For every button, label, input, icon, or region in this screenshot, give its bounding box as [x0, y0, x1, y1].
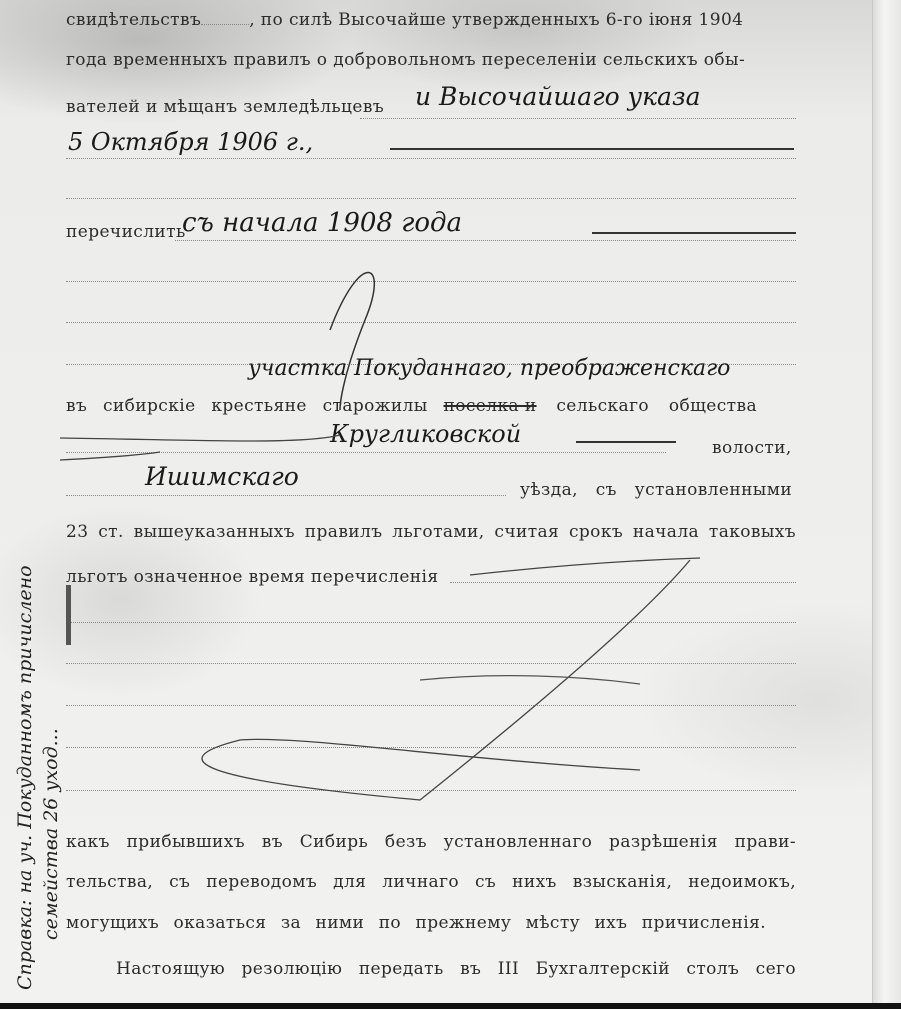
ink-crossout-stroke: [202, 560, 690, 800]
text-line-mogushchikh: могущихъ оказаться за ними по прежнему м…: [66, 911, 766, 935]
handwritten-uchastok: участка Покуданнаго, преображенскаго: [248, 356, 730, 381]
text-volosti: волости,: [712, 436, 802, 460]
text-line-lgot: льготъ означенное время перечисленія: [66, 565, 796, 589]
text-line-2: года временныхъ правилъ о добровольномъ …: [66, 48, 796, 72]
text-line-sibirskie: въ сибирскіе крестьяне старожилы поселка…: [66, 394, 796, 418]
text-line-kak: какъ прибывшихъ въ Сибирь безъ установле…: [66, 830, 796, 854]
fill-line: [66, 495, 506, 496]
fill-line: [450, 582, 796, 583]
fill-line: [66, 705, 796, 706]
scanned-document-page: свидѣтельствъ, по силѣ Высочайше утвержд…: [0, 0, 901, 1009]
fill-line: [66, 158, 796, 159]
text-line-telstva: тельства, съ переводомъ для личнаго съ н…: [66, 870, 796, 894]
text-lgot: льготъ означенное время перечисленія: [66, 567, 439, 587]
margin-note-1: Справка: на уч. Покуданномъ причислено: [14, 565, 36, 990]
text-line-1: свидѣтельствъ, по силѣ Высочайше утвержд…: [66, 8, 796, 32]
fill-line: [66, 663, 796, 664]
ink-dash: [592, 232, 796, 234]
text-line-23: 23 ст. вышеуказанныхъ правилъ льготами, …: [66, 520, 796, 544]
handwritten-date: 5 Октября 1906 г.,: [68, 128, 313, 156]
scan-bottom-edge: [0, 1003, 901, 1009]
fill-line: [66, 281, 796, 282]
fill-line: [66, 322, 796, 323]
text-perechislit: перечислить: [66, 222, 186, 242]
ink-dash: [390, 148, 794, 150]
text-line-nastoyashchuyu: Настоящую резолюцію передать въ III Бухг…: [116, 957, 796, 981]
fill-line: [66, 747, 796, 748]
fill-line: [175, 240, 796, 241]
text-svidetelstv: свидѣтельствъ: [66, 10, 201, 30]
page-edge-fold: [872, 0, 901, 1009]
margin-note-2: семейства 26 уход...: [40, 728, 62, 940]
fill-line: [360, 118, 796, 119]
fill-line: [66, 452, 666, 453]
text-uezda: уѣзда, съ установленными: [520, 478, 800, 502]
fill-line: [66, 198, 796, 199]
text-selskago-obshchestva: сельскаго общества: [556, 396, 757, 416]
ink-dash: [576, 441, 676, 443]
handwritten-uezd: Ишимскаго: [145, 462, 299, 491]
handwritten-volost: Кругликовской: [330, 420, 521, 448]
text-sibirskie-krestyane: въ сибирскіе крестьяне старожилы: [66, 396, 428, 416]
struck-poselka: поселка и: [444, 396, 537, 416]
handwritten-from-year: съ начала 1908 года: [182, 208, 462, 238]
text-po-sile: , по силѣ Высочайше утвержденныхъ 6-го і…: [249, 10, 743, 30]
ink-loop-stroke: [330, 273, 374, 411]
fill-line: [66, 790, 796, 791]
handwritten-ukaz: и Высочайшаго указа: [415, 82, 701, 111]
fill-line: [66, 622, 796, 623]
